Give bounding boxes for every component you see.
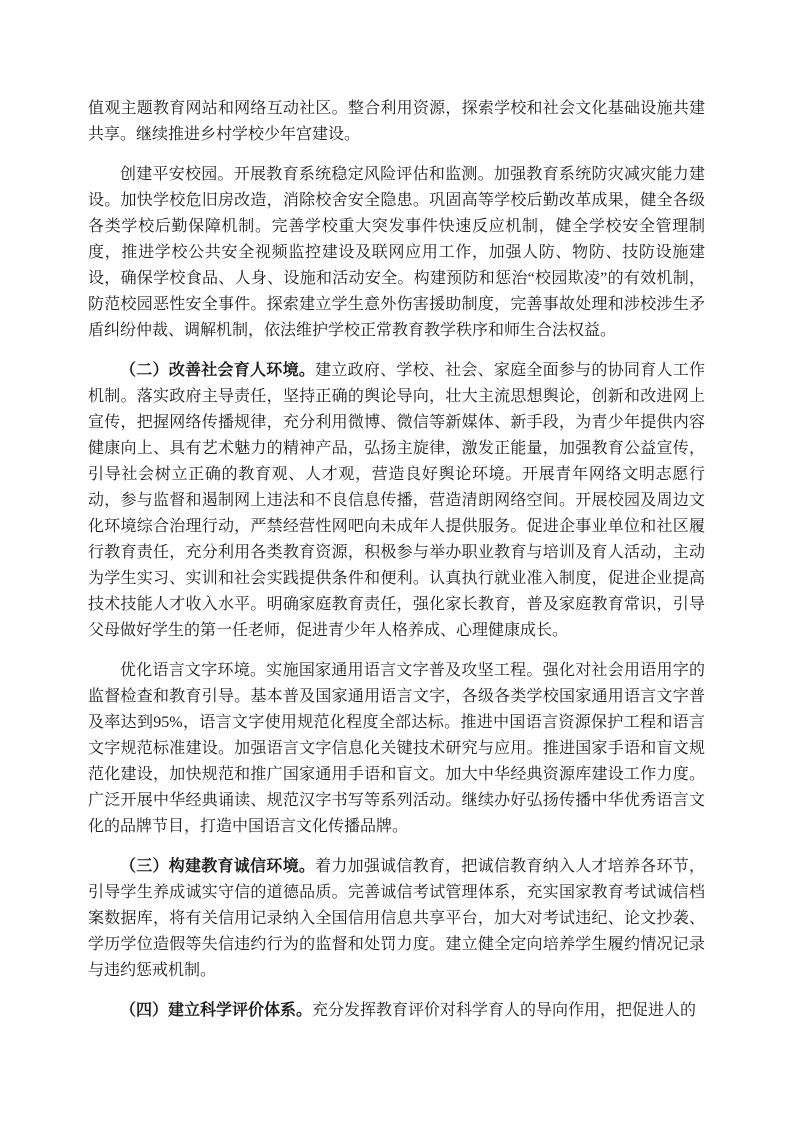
paragraph-text: 着力加强诚信教育，把诚信教育纳入人才培养各环节，引导学生养成诚实守信的道德品质。… (88, 858, 705, 979)
document-page: 值观主题教育网站和网络互动社区。整合利用资源，探索学校和社会文化基础设施共建共享… (0, 0, 793, 1122)
paragraph-text: 创建平安校园。开展教育系统稳定风险评估和监测。加强教育系统防灾减灾能力建设。加快… (88, 166, 705, 339)
paragraph-text: 充分发挥教育评价对科学育人的导向作用，把促进人的 (312, 1002, 696, 1019)
paragraph-section-4: （四）建立科学评价体系。充分发挥教育评价对科学育人的导向作用，把促进人的 (88, 998, 705, 1024)
paragraph-continuation: 值观主题教育网站和网络互动社区。整合利用资源，探索学校和社会文化基础设施共建共享… (88, 96, 705, 148)
section-heading: （三）构建教育诚信环境。 (120, 858, 315, 875)
paragraph-text: 建立政府、学校、社会、家庭全面参与的协同育人工作机制。落实政府主导责任，坚持正确… (88, 362, 705, 639)
paragraph-section-2: （二）改善社会育人环境。建立政府、学校、社会、家庭全面参与的协同育人工作机制。落… (88, 358, 705, 644)
paragraph-safe-campus: 创建平安校园。开展教育系统稳定风险评估和监测。加强教育系统防灾减灾能力建设。加快… (88, 162, 705, 344)
paragraph-language-environment: 优化语言文字环境。实施国家通用语言文字普及攻坚工程。强化对社会用语用字的监督检查… (88, 658, 705, 840)
paragraph-text: 优化语言文字环境。实施国家通用语言文字普及攻坚工程。强化对社会用语用字的监督检查… (88, 662, 705, 835)
paragraph-section-3: （三）构建教育诚信环境。着力加强诚信教育，把诚信教育纳入人才培养各环节，引导学生… (88, 854, 705, 984)
section-heading: （二）改善社会育人环境。 (120, 362, 315, 379)
paragraph-text: 值观主题教育网站和网络互动社区。整合利用资源，探索学校和社会文化基础设施共建共享… (88, 100, 705, 143)
section-heading: （四）建立科学评价体系。 (120, 1002, 312, 1019)
document-body: 值观主题教育网站和网络互动社区。整合利用资源，探索学校和社会文化基础设施共建共享… (88, 96, 705, 1024)
